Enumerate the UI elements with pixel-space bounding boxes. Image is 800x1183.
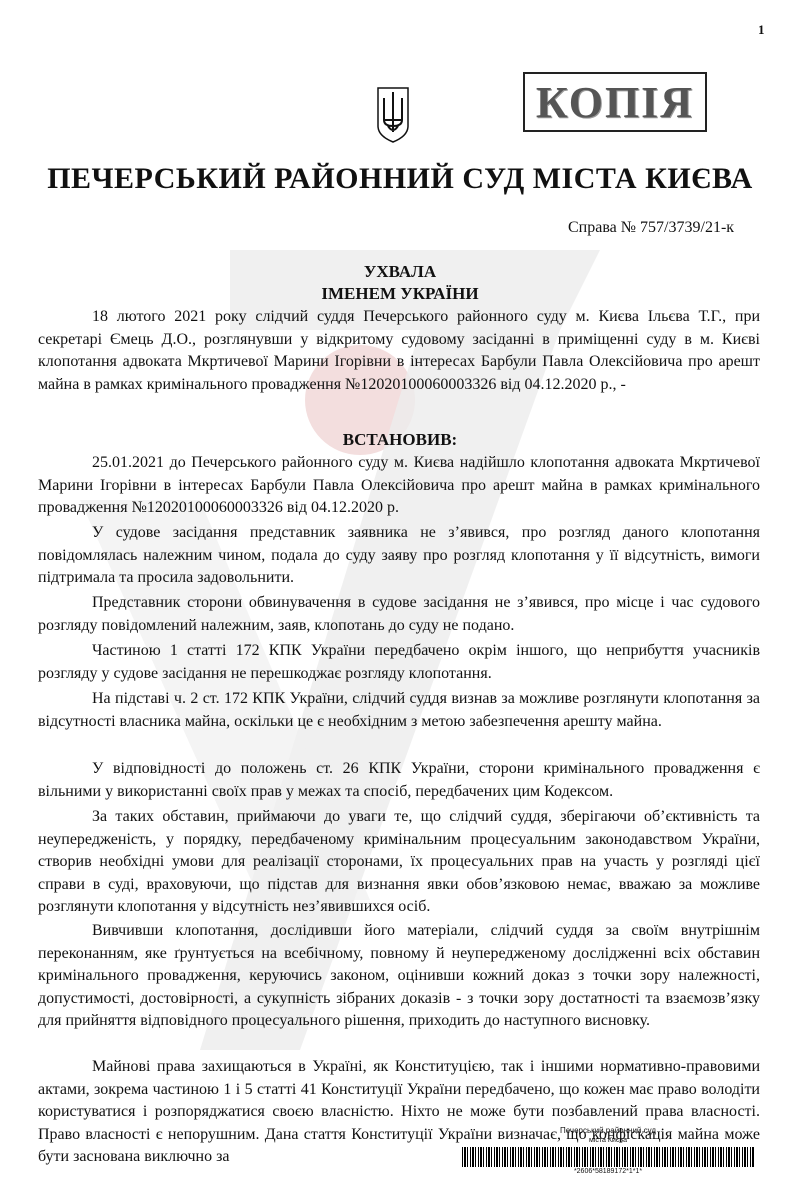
paragraph-8: Вивчивши клопотання, дослідивши його мат… [38,920,760,1033]
trident-emblem-icon [376,86,410,144]
page-number: 1 [758,22,765,38]
case-number: Справа № 757/3739/21-к [568,219,734,237]
in-name-of: ІМЕНЕМ УКРАЇНИ [0,284,800,304]
court-title: ПЕЧЕРСЬКИЙ РАЙОННИЙ СУД МІСТА КИЄВА [0,162,800,196]
paragraph-3: Представник сторони обвинувачення в судо… [38,592,760,637]
paragraph-6: У відповідності до положень ст. 26 КПК У… [38,758,760,803]
paragraph-1: 25.01.2021 до Печерського районного суду… [38,452,760,520]
paragraph-5: На підставі ч. 2 ст. 172 КПК України, сл… [38,688,760,733]
section-heading: ВСТАНОВИВ: [0,430,800,450]
barcode-bars [462,1147,754,1167]
intro-paragraph: 18 лютого 2021 року слідчий суддя Печерс… [38,306,760,396]
barcode-court-name: Печерський районний суд [462,1126,754,1136]
document-type: УХВАЛА [0,262,800,282]
paragraph-2: У судове засідання представник заявника … [38,522,760,590]
paragraph-4: Частиною 1 статті 172 КПК України передб… [38,640,760,685]
barcode-city: міста Києва [462,1136,754,1145]
paragraph-7: За таких обставин, приймаючи до уваги те… [38,806,760,919]
barcode-block: Печерський районний суд міста Києва *260… [462,1126,754,1175]
barcode-code: *2606*58189172*1*1* [462,1168,754,1175]
copy-stamp: КОПІЯ [523,72,707,132]
